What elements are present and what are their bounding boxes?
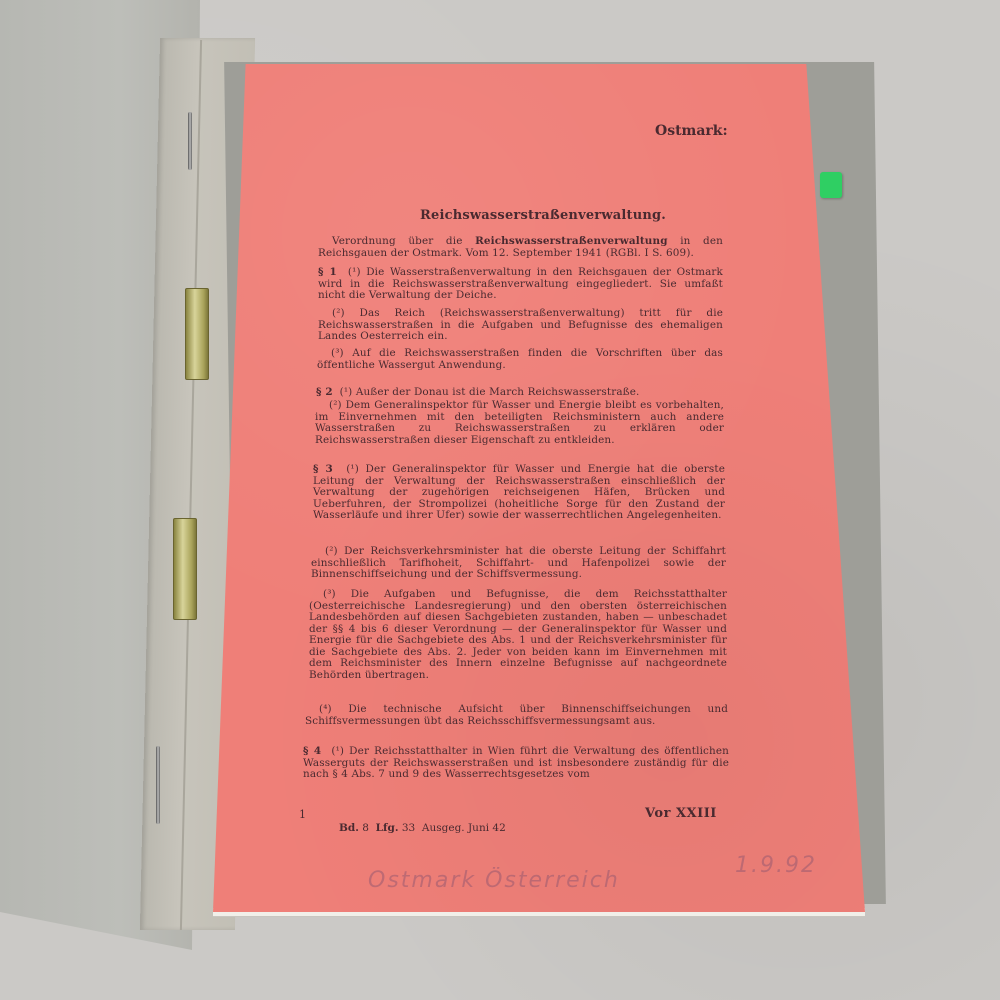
edition-lfg-num: 33 [402, 822, 415, 834]
section-2-para-2: (²) Dem Generalinspektor für Wasser und … [315, 400, 724, 446]
section-2-para-1: § 2 (¹) Außer der Donau ist die March Re… [316, 387, 724, 399]
section-3-para-4: (⁴) Die technische Aufsicht über Binnens… [305, 704, 728, 727]
document-title: Reichswasserstraßenverwaltung. [420, 208, 666, 223]
section-1-para-1: § 1 (¹) Die Wasserstraßenverwaltung in d… [318, 267, 723, 302]
document-reference: Vor XXIII [645, 806, 717, 821]
document-text: Ostmark: Reichswasserstraßenverwaltung. … [0, 0, 1000, 1000]
section-3-label: § 3 [313, 463, 333, 475]
section-2-para-1-text: (¹) Außer der Donau ist die March Reichs… [340, 386, 640, 398]
handwritten-note: Ostmark Österreich [368, 868, 620, 893]
intro-prefix: Verordnung über die [332, 235, 475, 247]
intro-paragraph: Verordnung über die Reichswasserstraßenv… [318, 236, 723, 259]
page-number: 1 [299, 808, 306, 821]
region-heading: Ostmark: [655, 123, 728, 139]
edition-bd-num: 8 [362, 822, 369, 834]
edition-line: Bd. 8 Lfg. 33 Ausgeg. Juni 42 [339, 822, 506, 834]
section-3-para-1: § 3 (¹) Der Generalinspektor für Wasser … [313, 464, 725, 522]
section-2-label: § 2 [316, 386, 333, 398]
edition-lfg: Lfg. [376, 822, 399, 834]
section-4-para-1: § 4 (¹) Der Reichsstatthalter in Wien fü… [303, 746, 729, 781]
section-1-label: § 1 [318, 266, 337, 278]
section-3-para-3: (³) Die Aufgaben und Befugnisse, die dem… [309, 589, 727, 681]
handwritten-date: 1.9.92 [735, 853, 817, 878]
section-1-para-3: (³) Auf die Reichswasserstraßen finden d… [317, 348, 723, 371]
intro-bold: Reichswasserstraßenverwaltung [475, 235, 668, 247]
section-3-para-2: (²) Der Reichsverkehrsminister hat die o… [311, 546, 726, 581]
edition-bd: Bd. [339, 822, 359, 834]
edition-issued: Ausgeg. Juni 42 [422, 822, 506, 834]
section-3-para-1-text: (¹) Der Generalinspektor für Wasser und … [313, 463, 725, 521]
section-1-para-1-text: (¹) Die Wasserstraßenverwaltung in den R… [318, 266, 723, 301]
section-4-para-1-text: (¹) Der Reichsstatthalter in Wien führt … [303, 745, 729, 780]
section-1-para-2: (²) Das Reich (Reichswasserstraßenverwal… [318, 308, 723, 343]
section-4-label: § 4 [303, 745, 321, 757]
